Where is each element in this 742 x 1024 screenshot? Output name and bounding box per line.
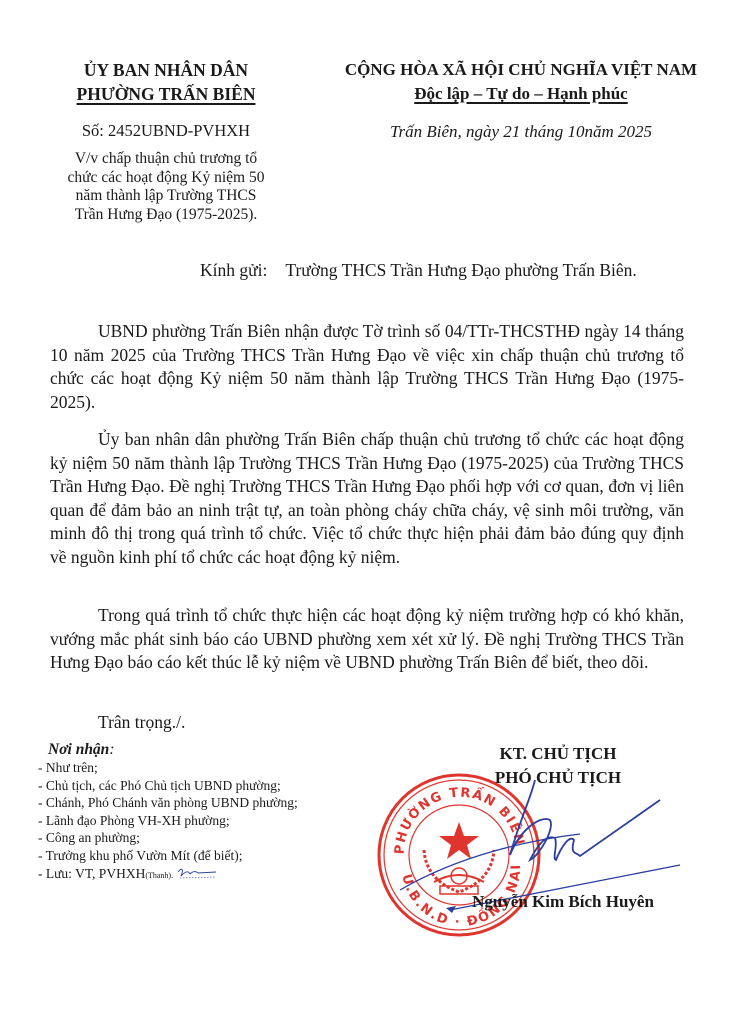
- body-paragraph-1: UBND phường Trấn Biên nhận được Tờ trình…: [50, 320, 684, 414]
- initials-signature-icon: [176, 866, 218, 880]
- authority-name-text: PHƯỜNG TRẤN BIÊN: [77, 84, 256, 104]
- national-header-block: CỘNG HÒA XÃ HỘI CHỦ NGHĨA VIỆT NAM Độc l…: [300, 58, 742, 144]
- document-subject: V/v chấp thuận chủ trương tổ chức các ho…: [40, 150, 292, 224]
- subject-line: chức các hoạt động Kỷ niệm 50: [40, 169, 292, 188]
- body-paragraph-2: Ủy ban nhân dân phường Trấn Biên chấp th…: [50, 428, 684, 570]
- distribution-item: - Như trên;: [38, 759, 298, 777]
- distribution-item: - Công an phường;: [38, 829, 298, 847]
- distribution-item: - Trưởng khu phố Vườn Mít (để biết);: [38, 847, 298, 865]
- distribution-item: - Chủ tịch, các Phó Chủ tịch UBND phường…: [38, 777, 298, 795]
- archive-text: - Lưu: VT, PVHXH: [38, 866, 145, 881]
- place-date-line: Trấn Biên, ngày 21 tháng 10năm 2025: [300, 120, 742, 144]
- addressee-label: Kính gửi:: [200, 260, 267, 280]
- national-motto: Độc lập – Tự do – Hạnh phúc: [300, 82, 742, 106]
- distribution-title-text: Nơi nhận: [48, 741, 109, 758]
- distribution-item: - Chánh, Phó Chánh văn phòng UBND phường…: [38, 794, 298, 812]
- issuing-authority-block: ỦY BAN NHÂN DÂN PHƯỜNG TRẤN BIÊN Số: 245…: [40, 58, 292, 224]
- subject-line: năm thành lập Trường THCS: [40, 187, 292, 206]
- authority-name-line2: PHƯỜNG TRẤN BIÊN: [40, 82, 292, 106]
- closing-salutation: Trân trọng./.: [98, 710, 185, 734]
- nation-title: CỘNG HÒA XÃ HỘI CHỦ NGHĨA VIỆT NAM: [300, 58, 742, 82]
- distribution-title: Nơi nhận:: [48, 740, 298, 759]
- subject-line: V/v chấp thuận chủ trương tổ: [40, 150, 292, 169]
- archive-note: (Thanh).: [145, 871, 173, 880]
- document-number: Số: 2452UBND-PVHXH: [40, 120, 292, 142]
- authority-name-line1: ỦY BAN NHÂN DÂN: [40, 58, 292, 82]
- distribution-title-colon: :: [109, 741, 114, 758]
- signer-name: Nguyễn Kim Bích Huyên: [448, 890, 678, 914]
- addressee-value: Trường THCS Trần Hưng Đạo phường Trấn Bi…: [285, 260, 636, 280]
- distribution-item-archive: - Lưu: VT, PVHXH(Thanh).: [38, 865, 298, 885]
- subject-line: Trần Hưng Đạo (1975-2025).: [40, 206, 292, 225]
- addressee-line: Kính gửi: Trường THCS Trần Hưng Đạo phườ…: [200, 258, 637, 282]
- body-paragraph-3: Trong quá trình tổ chức thực hiện các ho…: [50, 604, 684, 675]
- distribution-items: - Như trên; - Chủ tịch, các Phó Chủ tịch…: [38, 759, 298, 884]
- motto-text: Độc lập – Tự do – Hạnh phúc: [414, 84, 627, 103]
- distribution-list: Nơi nhận: - Như trên; - Chủ tịch, các Ph…: [38, 740, 298, 884]
- distribution-item: - Lãnh đạo Phòng VH-XH phường;: [38, 812, 298, 830]
